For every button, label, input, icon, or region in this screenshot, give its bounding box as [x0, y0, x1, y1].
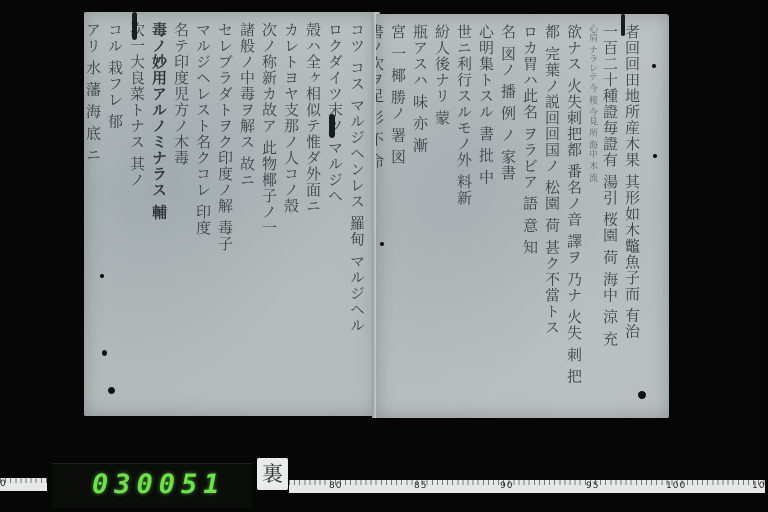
right-page-text-columns: 者回回田地所産木果 其形如木鼈魚子而 有治 一百二十種證毎證有 湯引 桜園 荷 … [386, 24, 659, 410]
reverse-side-label: 裏 [257, 458, 288, 490]
ruler-tick-label: 90 [500, 481, 513, 491]
ink-spot [638, 391, 646, 399]
ruler-tick-label: 85 [414, 481, 427, 491]
ink-stroke [329, 114, 335, 138]
text-column: ロカ胃ハ此名 ヲラビア 語 意 知 [520, 24, 539, 410]
frame-counter-value: 030051 [92, 469, 226, 500]
measurement-ruler-left [0, 478, 47, 491]
manuscript-right-page: 者回回田地所産木果 其形如木鼈魚子而 有治 一百二十種證毎證有 湯引 桜園 荷 … [376, 14, 669, 418]
archive-photo: コツ コス マルジヘンレス 羅甸 マルジヘル ロクダイツ末ツ マルジへ 殻ハ全ヶ… [0, 0, 768, 512]
text-column: 紛人後ナリ 蒙 [432, 24, 451, 410]
text-column: 心明集トスル 書 批 中 [476, 24, 495, 410]
text-column: 毒ノ妙用アルノミナラス 輔 [149, 22, 168, 408]
text-column: カレトヨヤ支那ノ人コノ殻 [281, 22, 300, 408]
text-column: ロクダイツ末ツ マルジへ [325, 22, 344, 408]
text-column: 名 図ノ 播 例 ノ 家書 [498, 24, 517, 410]
text-column: コツ コス マルジヘンレス 羅甸 マルジヘル [347, 22, 366, 408]
ink-spot [108, 387, 115, 394]
text-column: 諸般ノ中毒ヲ解ス 故ニ [237, 22, 256, 408]
ruler-tick-label: 10 [752, 481, 765, 491]
ink-spot [653, 154, 657, 158]
text-column: 名テ印度児方ノ木毒 [171, 22, 190, 408]
text-column: 書ノ次ヲ足 杉 不 命 [376, 24, 385, 410]
ruler-tick-label: 0 [0, 479, 7, 489]
text-column: 者回回田地所産木果 其形如木鼈魚子而 有治 [622, 24, 641, 410]
text-column: 欲ナス 火失刺把都 番名ノ音 譯ヲ 乃ナ 火失 刺 把 [564, 24, 583, 410]
text-column: 次一大良菜トナス 其ノ [127, 22, 146, 408]
ruler-tick-label: 80 [329, 481, 342, 491]
text-column: 心肩 ナラレテ 今 桜 今見 所 海中 木 流 [586, 24, 597, 410]
ink-spot [102, 350, 107, 356]
ink-spot [652, 64, 656, 68]
ruler-tick-label: 95 [586, 481, 599, 491]
text-column: マルジヘレスト名クコレ 印度 [193, 22, 212, 408]
ruler-tick-label: 100 [666, 481, 686, 491]
text-column: 瓶アスハ 味 亦 漸 [410, 24, 429, 410]
measurement-ruler-right [289, 480, 765, 493]
text-column: 次ノ称新カ故ア 此物椰子ノ一 [259, 22, 278, 408]
ink-spot [380, 242, 384, 246]
text-column: アリ 水 藩 海 底 ニ [84, 22, 102, 408]
ink-spot [100, 274, 104, 278]
manuscript-left-page: コツ コス マルジヘンレス 羅甸 マルジヘル ロクダイツ末ツ マルジへ 殻ハ全ヶ… [84, 12, 376, 416]
text-column: 宮 一 椰 勝ノ 署 図 [388, 24, 407, 410]
text-column: 世ニ利行スルモノ外 料新 [454, 24, 473, 410]
ink-stroke [621, 14, 625, 36]
text-column: 都 完葉ノ説回回国ノ 松園 荷 甚ク不當トス [542, 24, 561, 410]
text-column: 殻ハ全ヶ相似テ惟ダ外面ニ [303, 22, 322, 408]
text-column: 一百二十種證毎證有 湯引 桜園 荷 海中 涼 充 [600, 24, 619, 410]
frame-counter-panel: 030051 [52, 463, 252, 508]
text-column: セレブラダトヲク印度ノ解 毒子 [215, 22, 234, 408]
text-column: コル 栽フレ 郁 [105, 22, 124, 408]
left-page-text-columns: コツ コス マルジヘンレス 羅甸 マルジヘル ロクダイツ末ツ マルジへ 殻ハ全ヶ… [94, 22, 366, 408]
ink-stroke [132, 12, 137, 40]
